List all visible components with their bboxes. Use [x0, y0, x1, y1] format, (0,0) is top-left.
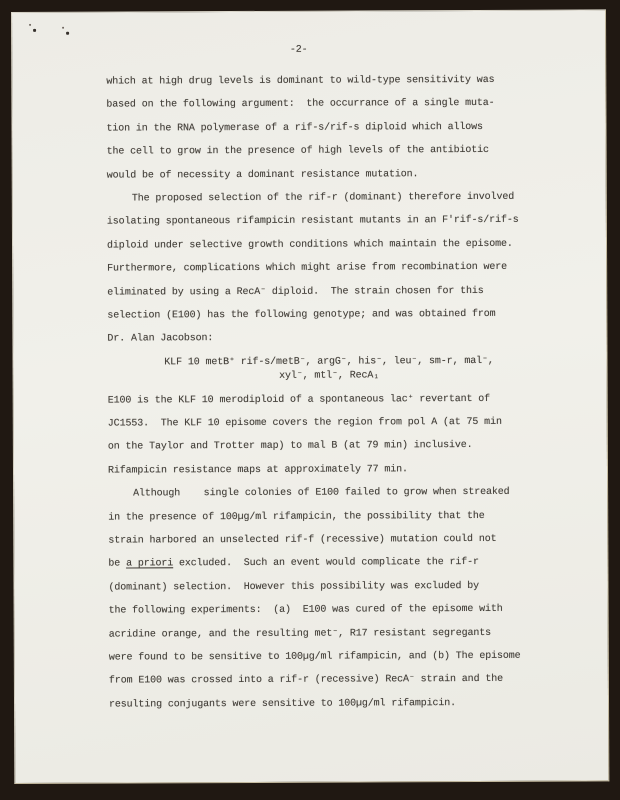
ink-mark: [66, 32, 69, 35]
document-line: the cell to grow in the presence of high…: [107, 139, 536, 164]
genotype-block: KLF 10 metB⁺ rif-s/metB⁻, argG⁻, his⁻, l…: [108, 354, 537, 385]
document-line: Furthermore, complications which might a…: [107, 256, 536, 281]
paragraph-1: which at high drug levels is dominant to…: [106, 69, 536, 188]
paragraph-4: Although single colonies of E100 failed …: [108, 481, 538, 717]
genotype-line: KLF 10 metB⁺ rif-s/metB⁻, argG⁻, his⁻, l…: [122, 354, 537, 370]
document-line: were found to be sensitive to 100µg/ml r…: [109, 645, 538, 670]
document-line: acridine orange, and the resulting met⁻,…: [109, 621, 538, 646]
document-line: strain harbored an unselected rif-f (rec…: [108, 528, 537, 553]
document-line: Dr. Alan Jacobson:: [107, 326, 536, 351]
paragraph-2: The proposed selection of the rif-r (dom…: [107, 186, 537, 352]
paragraph-3: E100 is the KLF 10 merodiploid of a spon…: [108, 387, 537, 482]
document-line: which at high drug levels is dominant to…: [106, 69, 535, 94]
document-line: E100 is the KLF 10 merodiploid of a spon…: [108, 387, 537, 412]
document-content: -2- which at high drug levels is dominan…: [12, 10, 608, 717]
document-line: Although single colonies of E100 failed …: [108, 481, 537, 506]
line-segment: excluded. Such an event would complicate…: [173, 557, 479, 569]
document-line: the following experiments: (a) E100 was …: [109, 598, 538, 623]
underlined-phrase: a priori: [126, 559, 173, 570]
document-line: isolating spontaneous rifampicin resista…: [107, 209, 536, 234]
document-line: in the presence of 100µg/ml rifampicin, …: [108, 504, 537, 529]
line-segment: be: [108, 559, 126, 570]
document-line: JC1553. The KLF 10 episome covers the re…: [108, 411, 537, 436]
document-line: resulting conjugants were sensitive to 1…: [109, 691, 538, 716]
document-line: diploid under selective growth condition…: [107, 232, 536, 257]
document-page: -2- which at high drug levels is dominan…: [11, 9, 609, 784]
genotype-line: xyl⁻, mtl⁻, RecA₁: [122, 369, 537, 385]
page-number: -2-: [106, 44, 535, 57]
document-line: from E100 was crossed into a rif-r (rece…: [109, 668, 538, 693]
document-line: eliminated by using a RecA⁻ diploid. The…: [107, 279, 536, 304]
document-line: selection (E100) has the following genot…: [107, 303, 536, 328]
document-line: would be of necessity a dominant resista…: [107, 162, 536, 187]
ink-mark: [33, 29, 36, 32]
document-line: (dominant) selection. However this possi…: [108, 575, 537, 600]
document-line-with-underline: be a priori excluded. Such an event woul…: [108, 551, 537, 576]
document-line: on the Taylor and Trotter map) to mal B …: [108, 434, 537, 459]
document-line: Rifampicin resistance maps at approximat…: [108, 458, 537, 483]
document-line: based on the following argument: the occ…: [106, 92, 535, 117]
document-line: tion in the RNA polymerase of a rif-s/ri…: [106, 115, 535, 140]
document-line: The proposed selection of the rif-r (dom…: [107, 186, 536, 211]
